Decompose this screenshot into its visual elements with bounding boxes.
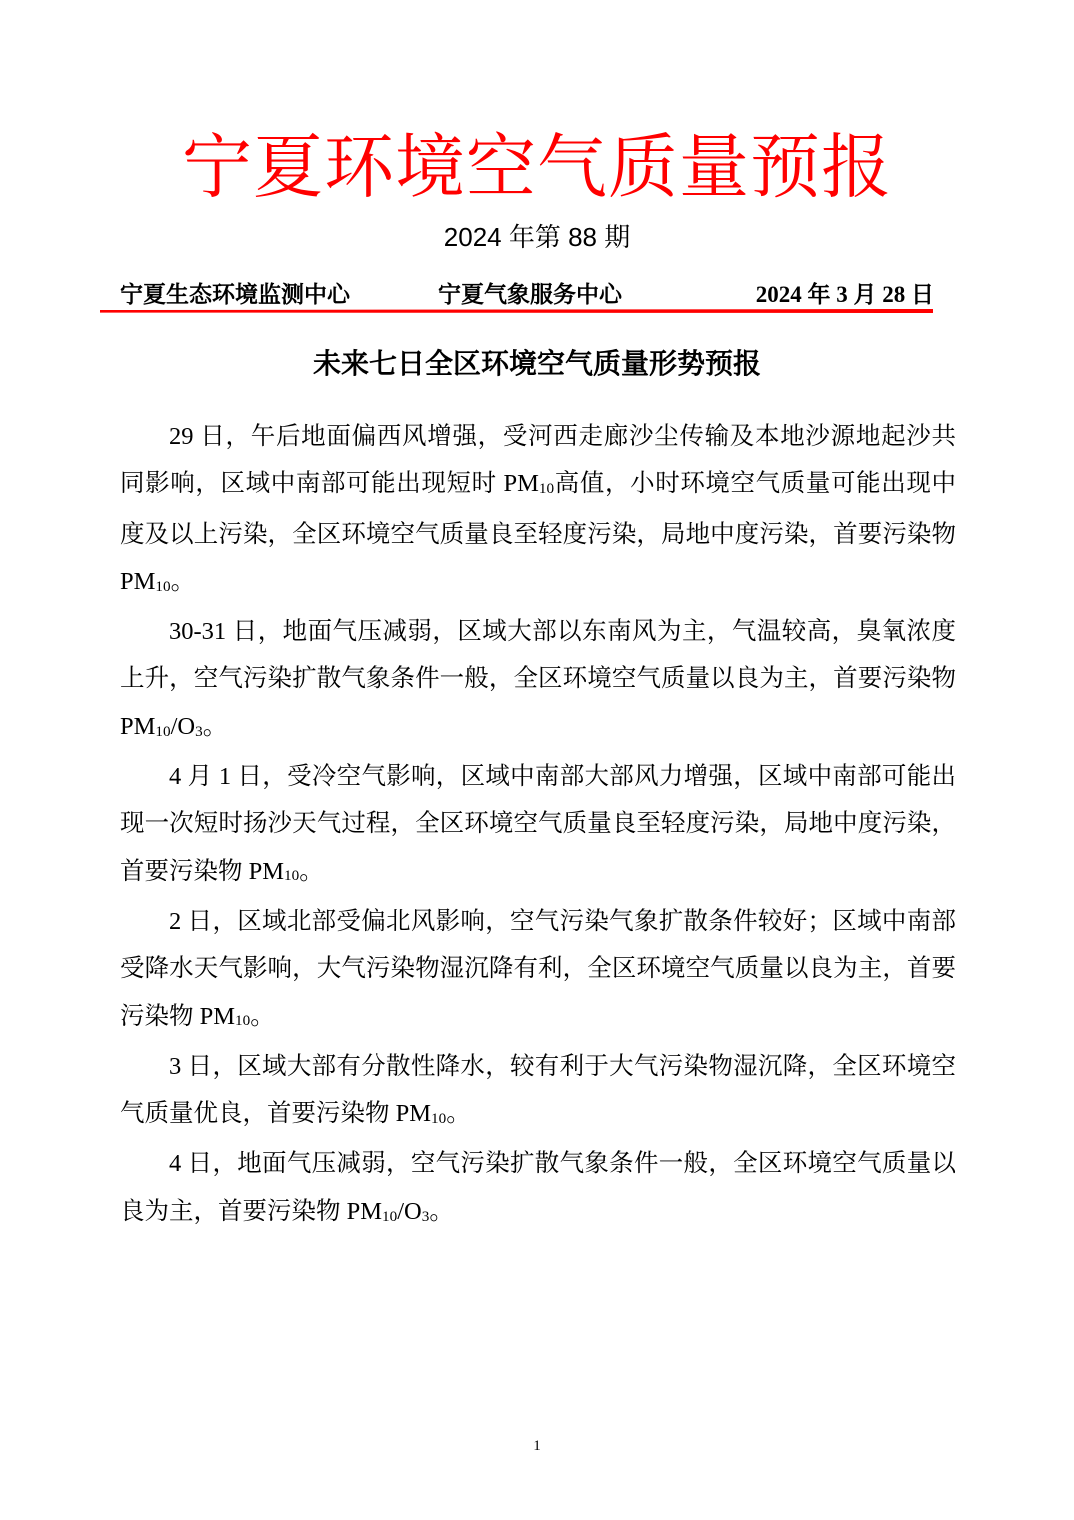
paragraph-day-29: 29 日，午后地面偏西风增强，受河西走廊沙尘传输及本地沙源地起沙共同影响，区域中…: [120, 413, 956, 608]
issue-number: 2024 年第 88 期: [0, 220, 1074, 254]
paragraph-day-3: 3 日，区域大部有分散性降水，较有利于大气污染物湿沉降，全区环境空气质量优良，首…: [120, 1043, 956, 1141]
text-run: 4 月 1 日，受冷空气影响，区域中南部大部风力增强，区域中南部可能出现一次短时…: [120, 763, 956, 885]
text-run: 4 日，地面气压减弱，空气污染扩散气象条件一般，全区环境空气质量以良为主，首要污…: [120, 1150, 956, 1224]
subscript: 10: [155, 578, 170, 595]
section-title: 未来七日全区环境空气质量形势预报: [0, 345, 1074, 385]
paragraph-day-4: 4 日，地面气压减弱，空气污染扩散气象条件一般，全区环境空气质量以良为主，首要污…: [120, 1140, 956, 1238]
text-run: 。: [446, 1100, 471, 1127]
subscript: 10: [155, 723, 170, 740]
text-run: 。: [299, 858, 324, 885]
issuing-org-environment: 宁夏生态环境监测中心: [120, 278, 350, 312]
text-run: 30-31 日，地面气压减弱，区域大部以东南风为主，气温较高，臭氧浓度上升，空气…: [120, 618, 956, 740]
subscript: 10: [235, 1012, 250, 1029]
issuing-org-meteorology: 宁夏气象服务中心: [438, 278, 622, 312]
paragraph-april-1: 4 月 1 日，受冷空气影响，区域中南部大部风力增强，区域中南部可能出现一次短时…: [120, 753, 956, 898]
text-run: /O: [397, 1198, 422, 1225]
forecast-body: 29 日，午后地面偏西风增强，受河西走廊沙尘传输及本地沙源地起沙共同影响，区域中…: [120, 413, 956, 1238]
document-title: 宁夏环境空气质量预报: [0, 124, 1074, 210]
subscript: 10: [431, 1110, 446, 1127]
subscript: 10: [284, 867, 299, 884]
subscript: 10: [539, 480, 554, 497]
text-run: /O: [171, 713, 196, 740]
text-run: 。: [203, 713, 228, 740]
document-header: 宁夏生态环境监测中心 宁夏气象服务中心 2024 年 3 月 28 日: [120, 278, 940, 312]
subscript: 10: [382, 1208, 397, 1225]
publication-date: 2024 年 3 月 28 日: [756, 278, 934, 312]
page-number: 1: [0, 1436, 1074, 1456]
paragraph-day-30-31: 30-31 日，地面气压减弱，区域大部以东南风为主，气温较高，臭氧浓度上升，空气…: [120, 608, 956, 753]
subscript: 3: [422, 1208, 430, 1225]
text-run: 。: [171, 568, 196, 595]
paragraph-day-2: 2 日，区域北部受偏北风影响，空气污染气象扩散条件较好；区域中南部受降水天气影响…: [120, 898, 956, 1043]
text-run: 3 日，区域大部有分散性降水，较有利于大气污染物湿沉降，全区环境空气质量优良，首…: [120, 1053, 956, 1127]
text-run: 。: [429, 1198, 454, 1225]
text-run: 。: [250, 1003, 275, 1030]
subscript: 3: [195, 723, 203, 740]
